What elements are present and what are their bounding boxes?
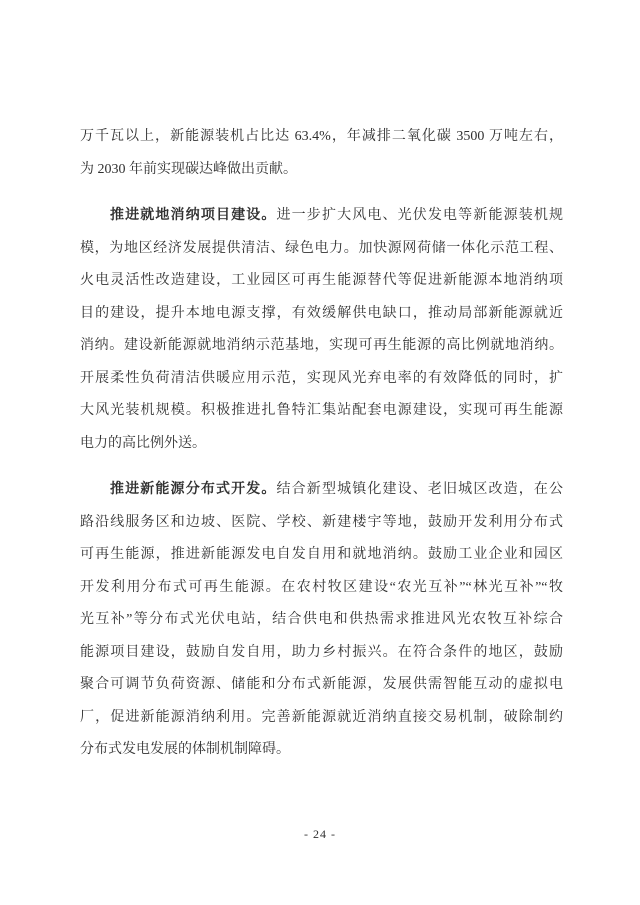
paragraph-text: 进一步扩大风电、光伏发电等新能源装机规 — [277, 208, 563, 223]
paragraph-text: 厂，促进新能源消纳利用。完善新能源就近消纳直接交易机制，破除制约 — [80, 710, 563, 725]
text-line: 目的建设，提升本地电源支撑，有效缓解供电缺口，推动局部新能源就近 — [80, 298, 563, 331]
paragraph-text: 分布式发电发展的体制机制障碍。 — [80, 742, 290, 757]
text-line: 万千瓦以上，新能源装机占比达 63.4%，年减排二氧化碳 3500 万吨左右， — [80, 121, 563, 154]
paragraph-text: 可再生能源，推进新能源发电自发自用和就地消纳。鼓励工业企业和园区 — [80, 547, 563, 562]
paragraph-text: 火电灵活性改造建设，工业园区可再生能源替代等促进新能源本地消纳项 — [80, 273, 563, 288]
paragraph-text: 电力的高比例外送。 — [80, 436, 206, 451]
paragraph-list: 万千瓦以上，新能源装机占比达 63.4%，年减排二氧化碳 3500 万吨左右，为… — [80, 121, 563, 767]
paragraph-text: 万千瓦以上，新能源装机占比达 63.4%，年减排二氧化碳 3500 万吨左右， — [80, 129, 563, 144]
text-line: 大风光装机规模。积极推进扎鲁特汇集站配套电源建设，实现可再生能源 — [80, 395, 563, 428]
text-line: 厂，促进新能源消纳利用。完善新能源就近消纳直接交易机制，破除制约 — [80, 702, 563, 735]
text-line: 能源项目建设，鼓励自发自用，助力乡村振兴。在符合条件的地区，鼓励 — [80, 637, 563, 670]
paragraph-text: 消纳。建设新能源就地消纳示范基地，实现可再生能源的高比例就地消纳。 — [80, 338, 563, 353]
paragraph-text: 为 2030 年前实现碳达峰做出贡献。 — [80, 162, 297, 177]
paragraph: 万千瓦以上，新能源装机占比达 63.4%，年减排二氧化碳 3500 万吨左右，为… — [80, 121, 563, 186]
text-line: 电力的高比例外送。 — [80, 428, 563, 461]
page-content: 万千瓦以上，新能源装机占比达 63.4%，年减排二氧化碳 3500 万吨左右，为… — [80, 121, 563, 767]
paragraph: 推进就地消纳项目建设。进一步扩大风电、光伏发电等新能源装机规模，为地区经济发展提… — [80, 200, 563, 460]
paragraph: 推进新能源分布式开发。结合新型城镇化建设、老旧城区改造，在公路沿线服务区和边坡、… — [80, 474, 563, 767]
paragraph-heading: 推进就地消纳项目建设。 — [110, 208, 277, 223]
paragraph-text: 大风光装机规模。积极推进扎鲁特汇集站配套电源建设，实现可再生能源 — [80, 403, 563, 418]
text-line: 路沿线服务区和边坡、医院、学校、新建楼宇等地，鼓励开发利用分布式 — [80, 507, 563, 540]
text-line: 可再生能源，推进新能源发电自发自用和就地消纳。鼓励工业企业和园区 — [80, 539, 563, 572]
paragraph-text: 开展柔性负荷清洁供暖应用示范，实现风光弃电率的有效降低的同时，扩 — [80, 371, 563, 386]
paragraph-text: 目的建设，提升本地电源支撑，有效缓解供电缺口，推动局部新能源就近 — [80, 306, 563, 321]
paragraph-text: 路沿线服务区和边坡、医院、学校、新建楼宇等地，鼓励开发利用分布式 — [80, 515, 563, 530]
text-line: 为 2030 年前实现碳达峰做出贡献。 — [80, 154, 563, 187]
document-page: 万千瓦以上，新能源装机占比达 63.4%，年减排二氧化碳 3500 万吨左右，为… — [0, 0, 640, 905]
paragraph-text: 开发利用分布式可再生能源。在农村牧区建设“农光互补”“林光互补”“牧 — [80, 580, 563, 595]
text-line: 推进就地消纳项目建设。进一步扩大风电、光伏发电等新能源装机规 — [80, 200, 563, 233]
paragraph-text: 模，为地区经济发展提供清洁、绿色电力。加快源网荷储一体化示范工程、 — [80, 241, 563, 256]
paragraph-text: 结合新型城镇化建设、老旧城区改造，在公 — [277, 482, 563, 497]
text-line: 光互补”等分布式光伏电站，结合供电和供热需求推进风光农牧互补综合 — [80, 604, 563, 637]
text-line: 模，为地区经济发展提供清洁、绿色电力。加快源网荷储一体化示范工程、 — [80, 233, 563, 266]
paragraph-text: 聚合可调节负荷资源、储能和分布式新能源，发展供需智能互动的虚拟电 — [80, 677, 563, 692]
text-line: 开展柔性负荷清洁供暖应用示范，实现风光弃电率的有效降低的同时，扩 — [80, 363, 563, 396]
paragraph-text: 光互补”等分布式光伏电站，结合供电和供热需求推进风光农牧互补综合 — [80, 612, 563, 627]
text-line: 消纳。建设新能源就地消纳示范基地，实现可再生能源的高比例就地消纳。 — [80, 330, 563, 363]
paragraph-text: 能源项目建设，鼓励自发自用，助力乡村振兴。在符合条件的地区，鼓励 — [80, 645, 563, 660]
text-line: 火电灵活性改造建设，工业园区可再生能源替代等促进新能源本地消纳项 — [80, 265, 563, 298]
text-line: 聚合可调节负荷资源、储能和分布式新能源，发展供需智能互动的虚拟电 — [80, 669, 563, 702]
page-number: - 24 - — [0, 827, 640, 842]
paragraph-heading: 推进新能源分布式开发。 — [110, 482, 277, 497]
text-line: 分布式发电发展的体制机制障碍。 — [80, 734, 563, 767]
text-line: 推进新能源分布式开发。结合新型城镇化建设、老旧城区改造，在公 — [80, 474, 563, 507]
text-line: 开发利用分布式可再生能源。在农村牧区建设“农光互补”“林光互补”“牧 — [80, 572, 563, 605]
